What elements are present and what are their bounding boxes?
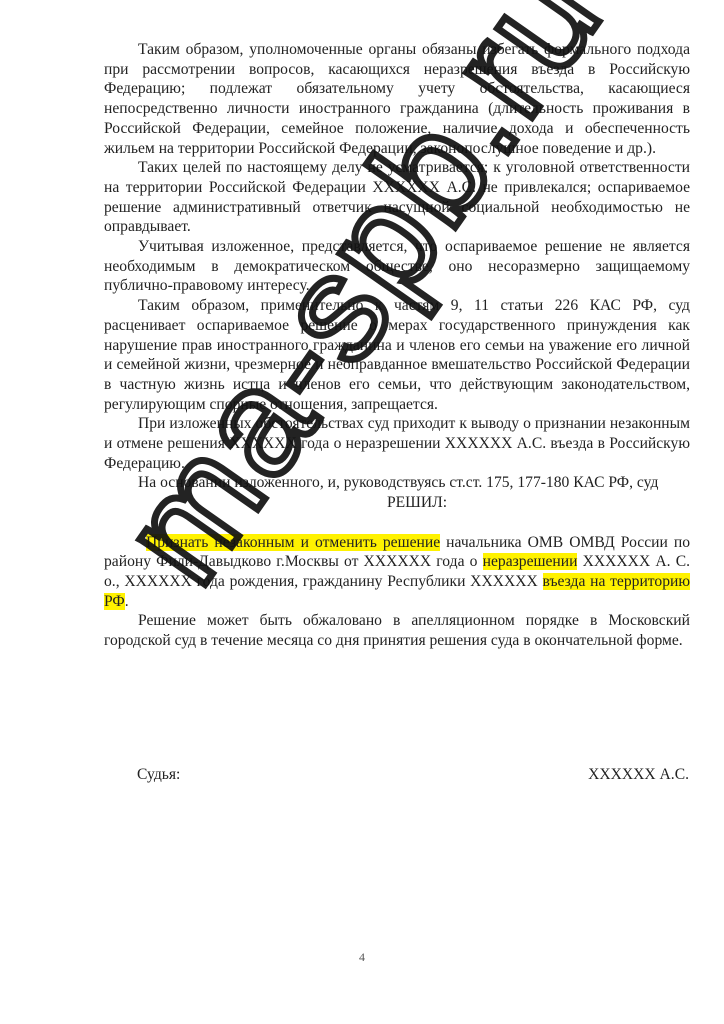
paragraph: При изложенных обстоятельствах суд прихо… [104, 414, 690, 473]
signature-label: Судья: [137, 766, 180, 784]
highlighted-text: Признать незаконным и отменить решение [146, 534, 440, 551]
document-body: Таким образом, уполномоченные органы обя… [104, 40, 690, 651]
highlighted-text: неразрешении [483, 553, 578, 570]
document-page: Таким образом, уполномоченные органы обя… [0, 0, 724, 1024]
decision-paragraph: Признать незаконным и отменить решение н… [104, 533, 690, 612]
paragraph: Таких целей по настоящему делу не усматр… [104, 158, 690, 237]
paragraph: Таким образом, уполномоченные органы обя… [104, 40, 690, 158]
appeal-paragraph: Решение может быть обжаловано в апелляци… [104, 611, 690, 650]
decision-text: . [125, 593, 129, 610]
page-number: 4 [0, 950, 724, 965]
decision-heading: РЕШИЛ: [104, 493, 690, 513]
signature-line: Судья: XXXXXX А.С. [137, 766, 689, 784]
paragraph: Таким образом, применительно к частям 9,… [104, 296, 690, 414]
spacer [104, 513, 690, 533]
judge-name: XXXXXX А.С. [588, 766, 689, 784]
paragraph: Учитывая изложенное, представляется, что… [104, 237, 690, 296]
paragraph: На основании изложенного, и, руководству… [104, 473, 690, 493]
